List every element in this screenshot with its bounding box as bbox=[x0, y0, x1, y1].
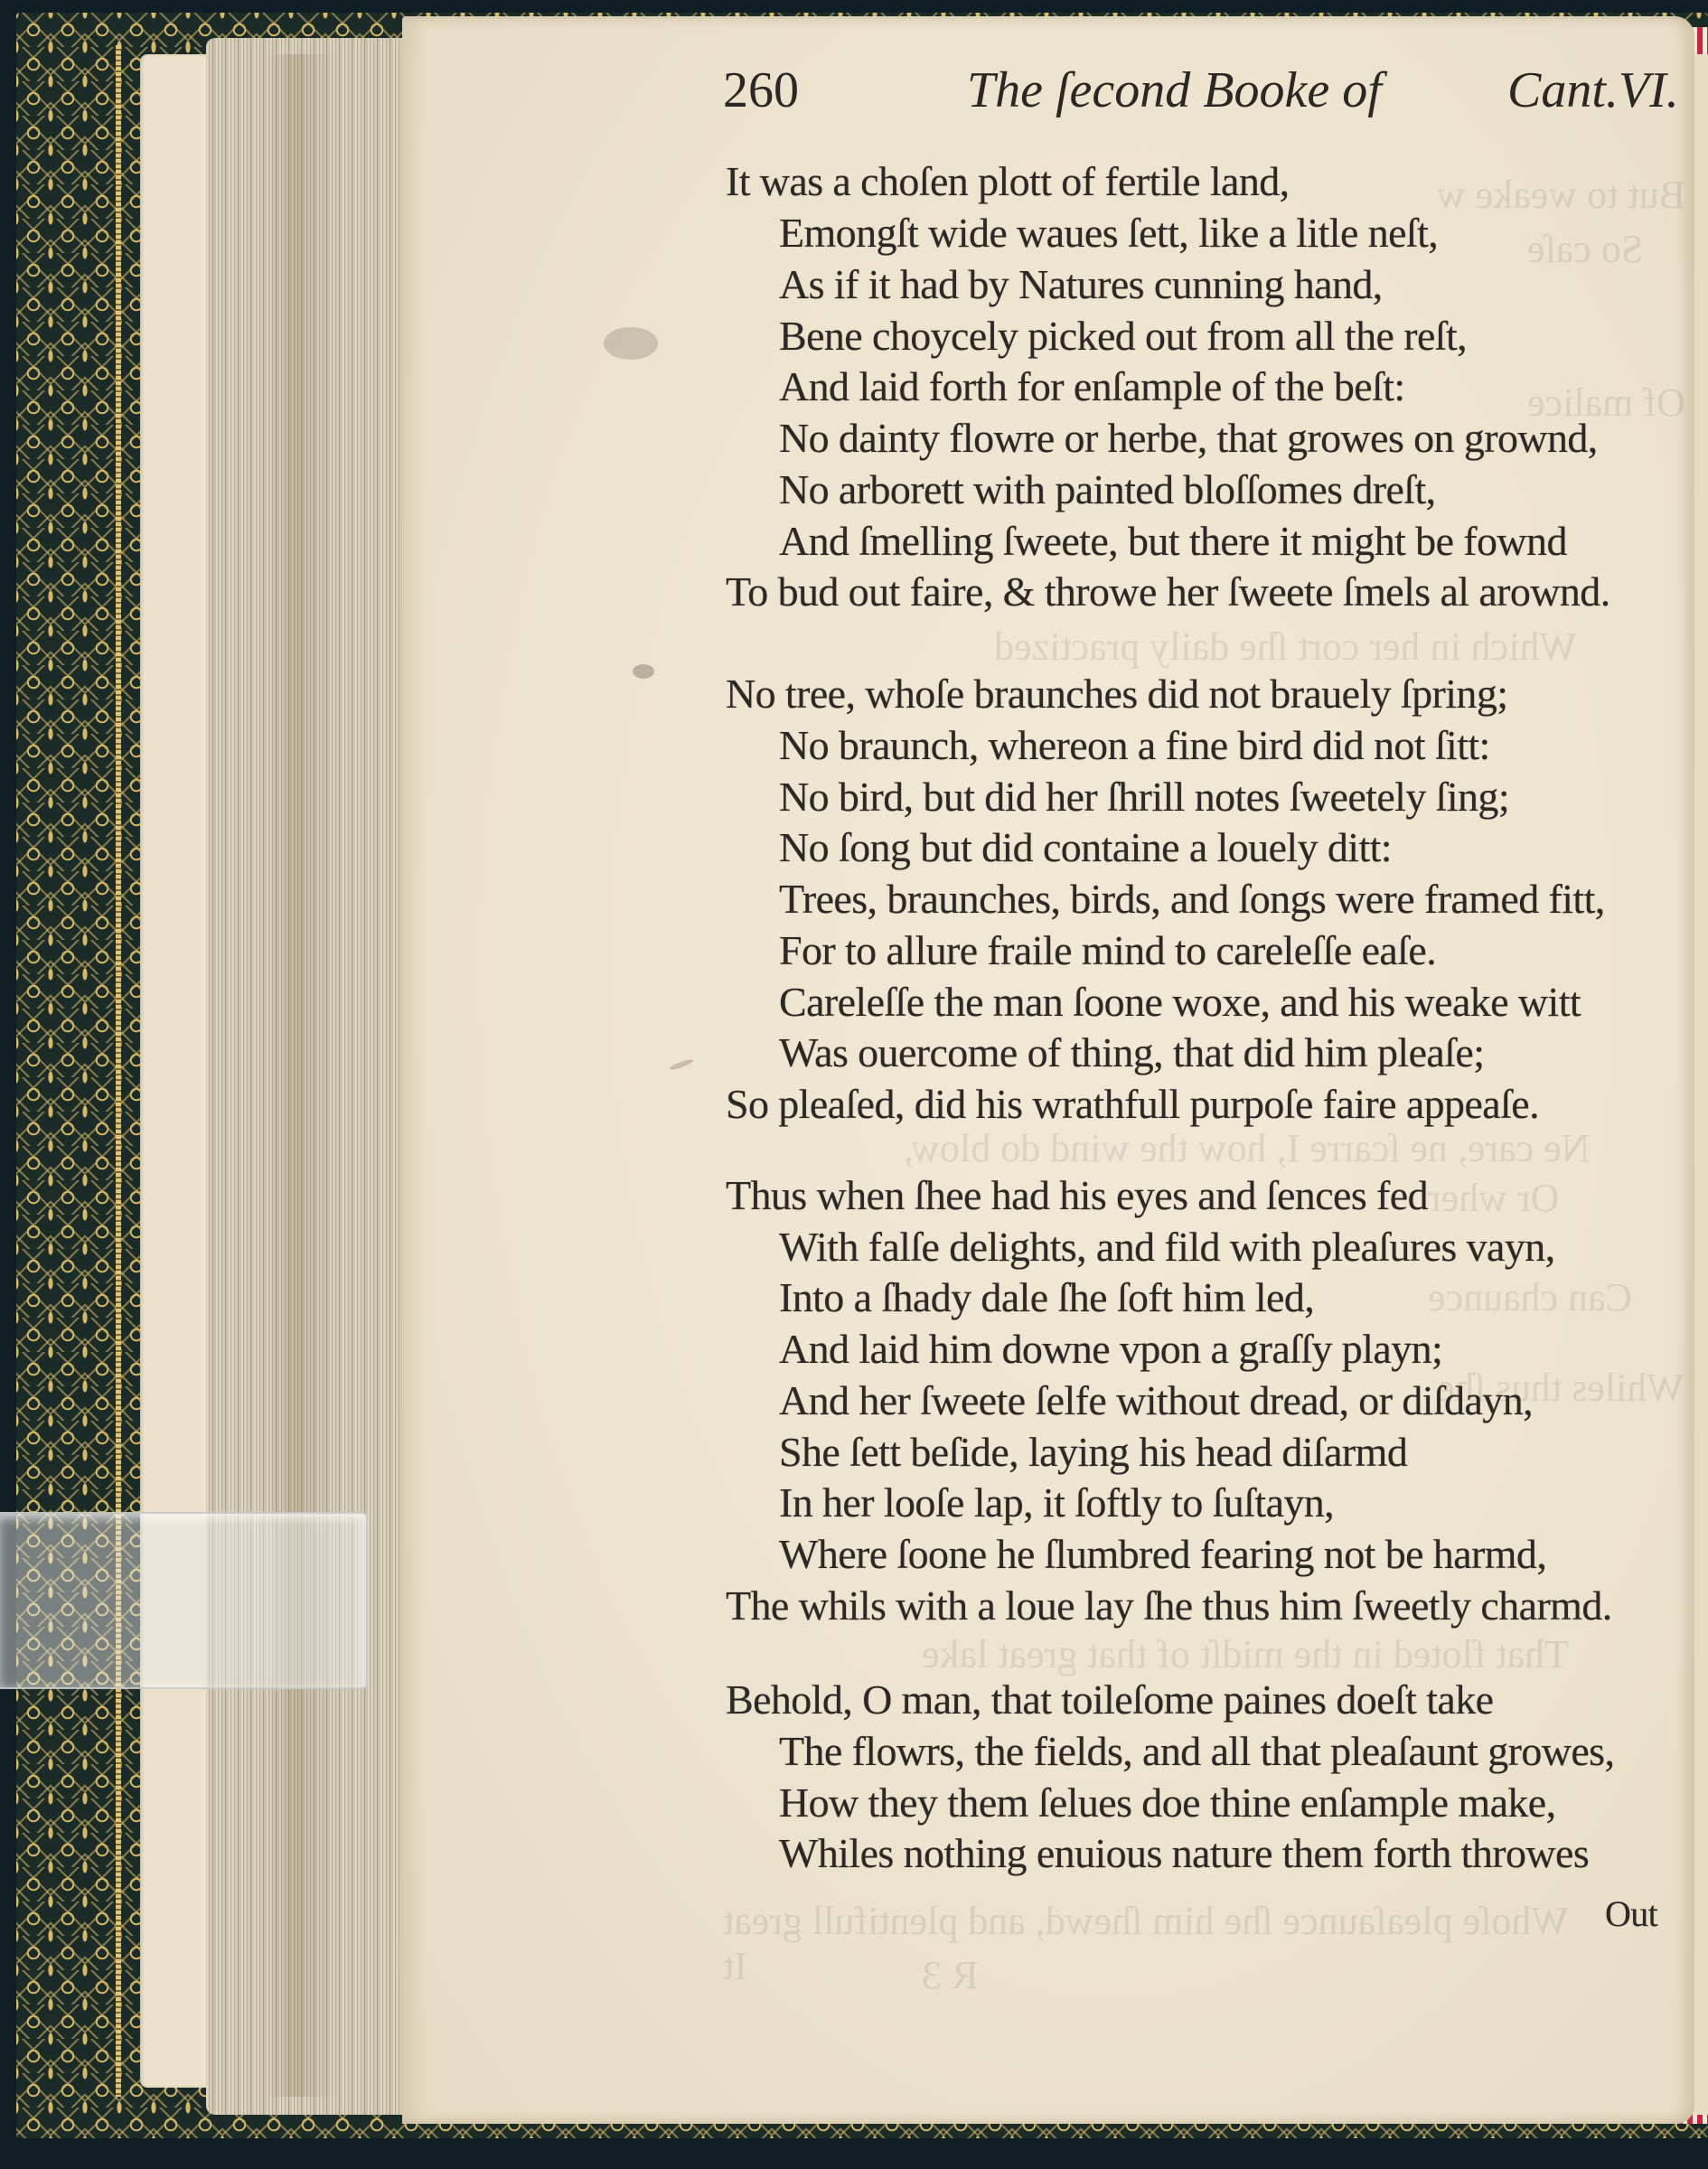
verse-line: And her ſweete ſelfe without dread, or d… bbox=[779, 1380, 1533, 1422]
verse-line: For to allure fraile mind to careleſſe e… bbox=[779, 930, 1436, 972]
verse-line: No dainty flowre or herbe, that growes o… bbox=[779, 418, 1598, 459]
verse-line: No ſong but did containe a louely ditt: bbox=[779, 827, 1392, 869]
acrylic-page-weight bbox=[0, 1512, 368, 1689]
verse-line: Behold, O man, that toileſome paines doe… bbox=[726, 1679, 1493, 1721]
verse-line: So pleaſed, did his wrathfull purpoſe fa… bbox=[726, 1084, 1539, 1125]
verse-line: As if it had by Natures cunning hand, bbox=[779, 264, 1383, 305]
verse-line: The flowrs, the fields, and all that ple… bbox=[779, 1731, 1614, 1772]
verse-line: Into a ſhady dale ſhe ſoft him led, bbox=[779, 1277, 1314, 1319]
verse-line: Where ſoone he ſlumbred fearing not be h… bbox=[779, 1534, 1546, 1575]
verse-line: Emongſt wide waues ſett, like a litle ne… bbox=[779, 212, 1438, 254]
verse-line: Trees, braunches, birds, and ſongs were … bbox=[779, 878, 1605, 920]
verse-line: In her looſe lap, it ſoftly to ſuſtayn, bbox=[779, 1482, 1334, 1524]
verse-line: Careleſſe the man ſoone woxe, and his we… bbox=[779, 981, 1581, 1023]
bleed-through-text: But to weake w bbox=[1437, 172, 1685, 218]
bleed-through-text: Can chaunce bbox=[1428, 1274, 1632, 1320]
bleed-through-text: So caſe bbox=[1527, 226, 1643, 272]
verse-line: Was ouercome of thing, that did him plea… bbox=[779, 1032, 1484, 1074]
verse-line: With falſe delights, and fild with pleaſ… bbox=[779, 1226, 1555, 1268]
bleed-through-text: Or wher bbox=[1428, 1175, 1559, 1221]
verse-line: How they them ſelues doe thine enſample … bbox=[779, 1782, 1556, 1824]
bleed-through-signature: R 3 bbox=[922, 1952, 978, 1998]
verse-line: And laid him downe vpon a graſſy playn; bbox=[779, 1329, 1442, 1370]
bleed-through-text: That floted in the midſt of that great l… bbox=[922, 1631, 1569, 1677]
verse-line: And laid forth for enſample of the beſt: bbox=[779, 366, 1405, 408]
page-number: 260 bbox=[723, 61, 799, 119]
bleed-through-text: Whoſe pleaſaunce ſhe him ſhewd, and plen… bbox=[723, 1898, 1569, 1944]
verse-line: No bird, but did her ſhrill notes ſweete… bbox=[779, 776, 1509, 818]
verse-line: The whils with a loue lay ſhe thus him ſ… bbox=[726, 1585, 1612, 1627]
paper-stain bbox=[604, 327, 658, 360]
bleed-through-text: It bbox=[723, 1943, 747, 1989]
catchword: Out bbox=[1605, 1896, 1657, 1932]
bleed-through-text: Ne care, ne ſcarre I, how the wind do bl… bbox=[904, 1125, 1591, 1171]
verse-line: Bene choycely picked out from all the re… bbox=[779, 315, 1467, 357]
verse-line: No arborett with painted bloſſomes dreſt… bbox=[779, 469, 1436, 511]
canto-label: Cant.VI. bbox=[1507, 61, 1679, 119]
gilt-rule-line bbox=[116, 45, 121, 2097]
page-stack-shadow bbox=[267, 54, 339, 2097]
verse-line: Whiles nothing enuious nature them forth… bbox=[779, 1833, 1589, 1874]
verse-line: And ſmelling ſweete, but there it might … bbox=[779, 521, 1567, 562]
running-title: The ſecond Booke of bbox=[967, 61, 1382, 119]
verse-line: Thus when ſhee had his eyes and ſences f… bbox=[726, 1175, 1428, 1216]
verse-line: It was a choſen plott of fertile land, bbox=[726, 161, 1290, 202]
verse-line: No tree, whoſe braunches did not brauely… bbox=[726, 673, 1507, 715]
bleed-through-text: Which in her cort ſhe daily practized bbox=[994, 624, 1577, 670]
paper-stain bbox=[633, 664, 654, 679]
verse-line: She ſett beſide, laying his head diſarmd bbox=[779, 1432, 1407, 1473]
verse-line: To bud out faire, & throwe her ſweete ſm… bbox=[726, 571, 1610, 613]
verse-line: No braunch, whereon a fine bird did not … bbox=[779, 725, 1490, 766]
